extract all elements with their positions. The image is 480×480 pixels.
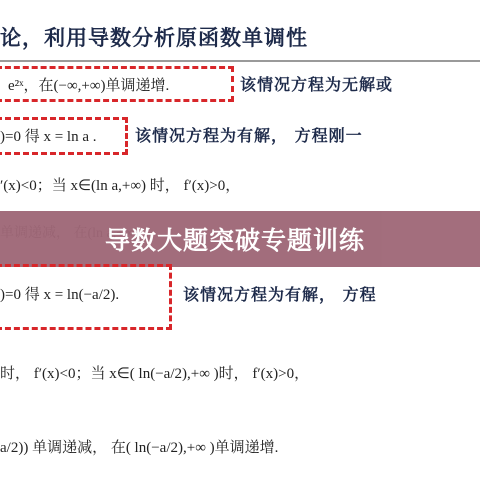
- annotation-3: 该情况方程为有解， 方程: [183, 282, 377, 305]
- math-line-1: e²ˣ，在(−∞,+∞)单调递增.: [8, 74, 169, 95]
- banner-title: 导数大题突破专题训练: [105, 221, 365, 257]
- annotation-1: 该情况方程为无解或: [240, 72, 393, 95]
- math-line-2: )=0 得 x = ln a .: [0, 125, 97, 146]
- math-line-6: 时， f′(x)<0；当 x∈( ln(−a/2),+∞ )时， f′(x)>0…: [0, 362, 309, 383]
- math-line-5: )=0 得 x = ln(−a/2).: [0, 283, 119, 304]
- divider: [0, 60, 480, 62]
- math-line-7: a/2)) 单调递减， 在( ln(−a/2),+∞ )单调递增.: [0, 436, 278, 457]
- annotation-2: 该情况方程为有解， 方程刚一: [135, 123, 363, 146]
- title-banner: 导数大题突破专题训练: [0, 211, 480, 267]
- section-heading: 论，利用导数分析原函数单调性: [0, 22, 308, 52]
- math-line-3: ′(x)<0；当 x∈(ln a,+∞) 时， f′(x)>0，: [0, 174, 240, 195]
